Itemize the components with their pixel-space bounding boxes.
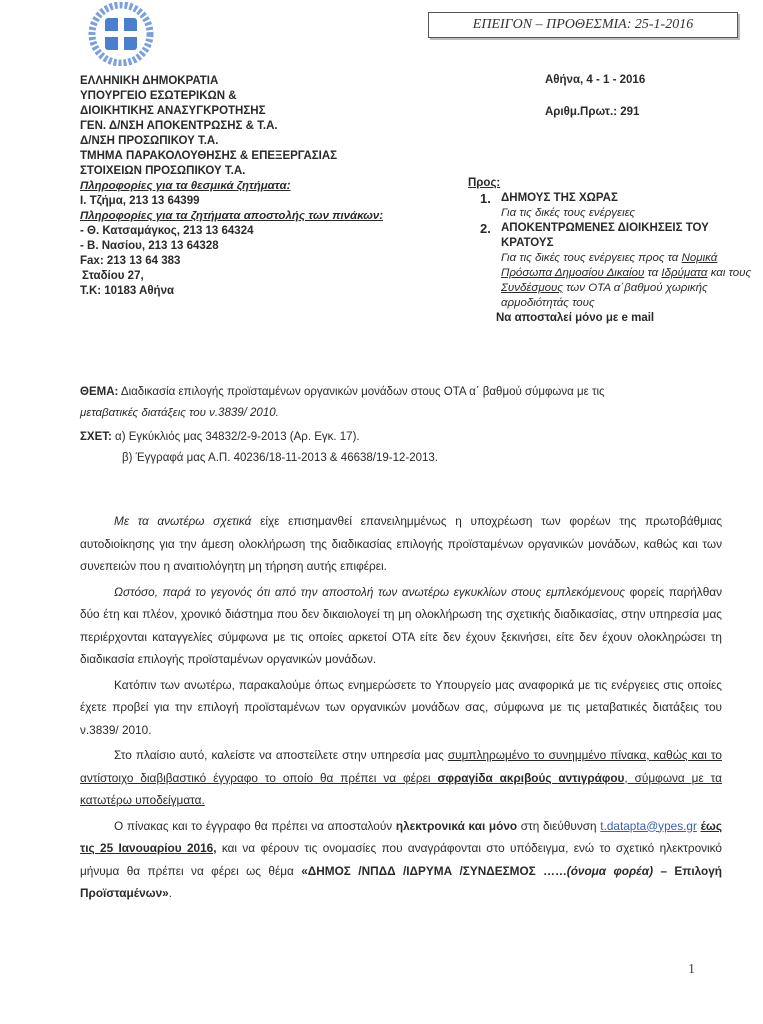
subject-text-cont: μεταβατικές διατάξεις του ν.3839/ 2010. (80, 403, 720, 424)
email-only-notice: Να αποσταλεί μόνο με e mail (468, 311, 758, 326)
note-text: και τους (711, 267, 751, 279)
bold-text: «ΔΗΜΟΣ /ΝΠΔΔ /ΙΔΡΥΜΑ /ΣΥΝΔΕΣΜΟΣ …… (301, 864, 567, 878)
sender-line: ΓΕΝ. Δ/ΝΣΗ ΑΠΟΚΕΝΤΡΩΣΗΣ & Τ.Α. (80, 119, 383, 134)
recipient-name: ΑΠΟΚΕΝΤΡΩΜΕΝΕΣ ΔΙΟΙΚΗΣΕΙΣ ΤΟΥ ΚΡΑΤΟΥΣ (501, 221, 758, 251)
recipient-number: 1. (480, 191, 491, 206)
info-institutional-label: Πληροφορίες για τα θεσμικά ζητήματα: (80, 179, 383, 194)
bold-text: σφραγίδα ακριβούς αντιγράφου (437, 771, 624, 785)
body-paragraph: Ωστόσο, παρά το γεγονός ότι από την αποσ… (80, 581, 722, 671)
info-tables-contact: - Β. Νασίου, 213 13 64328 (80, 239, 383, 254)
subject-block: ΘΕΜΑ: Διαδικασία επιλογής προϊσταμένων ο… (80, 382, 720, 469)
recipient-item: 2. ΑΠΟΚΕΝΤΡΩΜΕΝΕΣ ΔΙΟΙΚΗΣΕΙΣ ΤΟΥ ΚΡΑΤΟΥΣ… (468, 221, 758, 311)
reference-line: ΣΧΕΤ: α) Εγκύκλιός μας 34832/2-9-2013 (Α… (80, 427, 720, 448)
bold-italic-text: (όνομα φορέα) (567, 864, 653, 878)
reference-b: β) Έγγραφά μας Α.Π. 40236/18-11-2013 & 4… (80, 448, 720, 469)
note-underlined: Ιδρύματα (661, 267, 707, 279)
paragraph-text: Με τα ανωτέρω σχετικά (114, 514, 251, 528)
body-paragraph: Στο πλαίσιο αυτό, καλείστε να αποστείλετ… (80, 744, 722, 812)
paragraph-text: στη διεύθυνση (517, 819, 600, 833)
paragraph-text: . (169, 886, 172, 900)
paragraph-text: Ωστόσο, παρά το γεγονός ότι από την αποσ… (114, 585, 625, 599)
sender-line: ΥΠΟΥΡΓΕΙΟ ΕΣΩΤΕΡΙΚΩΝ & (80, 89, 383, 104)
recipients-block: Προς: 1. ΔΗΜΟΥΣ ΤΗΣ ΧΩΡΑΣ Για τις δικές … (468, 176, 758, 326)
recipient-note: Για τις δικές τους ενέργειες προς τα Νομ… (501, 251, 758, 311)
paragraph-text: Ο πίνακας και το έγγραφο θα πρέπει να απ… (114, 819, 396, 833)
sender-block: ΕΛΛΗΝΙΚΗ ΔΗΜΟΚΡΑΤΙΑ ΥΠΟΥΡΓΕΙΟ ΕΣΩΤΕΡΙΚΩΝ… (80, 74, 383, 299)
deadline-box: ΕΠΕΙΓΟΝ – ΠΡΟΘΕΣΜΙΑ: 25-1-2016 (428, 12, 738, 38)
reference-a: α) Εγκύκλιός μας 34832/2-9-2013 (Αρ. Εγκ… (115, 431, 360, 443)
info-tables-contact: - Θ. Κατσαμάγκος, 213 13 64324 (80, 224, 383, 239)
address-street: Σταδίου 27, (80, 269, 383, 284)
protocol-number: Αριθμ.Πρωτ.: 291 (545, 106, 645, 138)
note-text: τα (648, 267, 659, 279)
body-paragraph: Με τα ανωτέρω σχετικά είχε επισημανθεί ε… (80, 510, 722, 578)
recipient-name: ΔΗΜΟΥΣ ΤΗΣ ΧΩΡΑΣ (501, 191, 758, 206)
body-paragraph: Κατόπιν των ανωτέρω, παρακαλούμε όπως εν… (80, 674, 722, 742)
address-postal: Τ.Κ: 10183 Αθήνα (80, 284, 383, 299)
paragraph-text: Στο πλαίσιο αυτό, καλείστε να αποστείλετ… (114, 748, 448, 762)
info-institutional-contact: Ι. Τζήμα, 213 13 64399 (80, 194, 383, 209)
sender-line: ΣΤΟΙΧΕΙΩΝ ΠΡΟΣΩΠΙΚΟΥ Τ.Α. (80, 164, 383, 179)
note-underlined: Συνδέσμους (501, 282, 563, 294)
email-link[interactable]: t.datapta@ypes.gr (600, 819, 697, 833)
recipient-note: Για τις δικές τους ενέργειες (501, 206, 758, 221)
subject-label: ΘΕΜΑ: (80, 386, 118, 398)
info-tables-label: Πληροφορίες για τα ζητήματα αποστολής τω… (80, 209, 383, 224)
greek-coat-of-arms-icon (86, 2, 156, 66)
page-number: 1 (688, 962, 695, 978)
recipient-number: 2. (480, 221, 491, 236)
recipient-item: 1. ΔΗΜΟΥΣ ΤΗΣ ΧΩΡΑΣ Για τις δικές τους ε… (468, 191, 758, 221)
document-date: Αθήνα, 4 - 1 - 2016 (545, 74, 645, 106)
body-paragraph: Ο πίνακας και το έγγραφο θα πρέπει να απ… (80, 815, 722, 905)
note-text: Για τις δικές τους ενέργειες προς τα (501, 252, 678, 264)
sender-line: ΔΙΟΙΚΗΤΙΚΗΣ ΑΝΑΣΥΓΚΡΟΤΗΣΗΣ (80, 104, 383, 119)
reference-label: ΣΧΕΤ: (80, 431, 112, 443)
letter-body: Με τα ανωτέρω σχετικά είχε επισημανθεί ε… (80, 510, 722, 908)
recipients-label: Προς: (468, 176, 758, 191)
fax-number: Fax: 213 13 64 383 (80, 254, 383, 269)
subject-line: ΘΕΜΑ: Διαδικασία επιλογής προϊσταμένων ο… (80, 382, 720, 403)
subject-text: Διαδικασία επιλογής προϊσταμένων οργανικ… (121, 386, 605, 398)
sender-line: ΤΜΗΜΑ ΠΑΡΑΚΟΛΟΥΘΗΣΗΣ & ΕΠΕΞΕΡΓΑΣΙΑΣ (80, 149, 383, 164)
bold-text: ηλεκτρονικά και μόνο (396, 819, 517, 833)
sender-line: Δ/ΝΣΗ ΠΡΟΣΩΠΙΚΟΥ Τ.Α. (80, 134, 383, 149)
date-block: Αθήνα, 4 - 1 - 2016 Αριθμ.Πρωτ.: 291 (545, 74, 645, 138)
sender-line: ΕΛΛΗΝΙΚΗ ΔΗΜΟΚΡΑΤΙΑ (80, 74, 383, 89)
